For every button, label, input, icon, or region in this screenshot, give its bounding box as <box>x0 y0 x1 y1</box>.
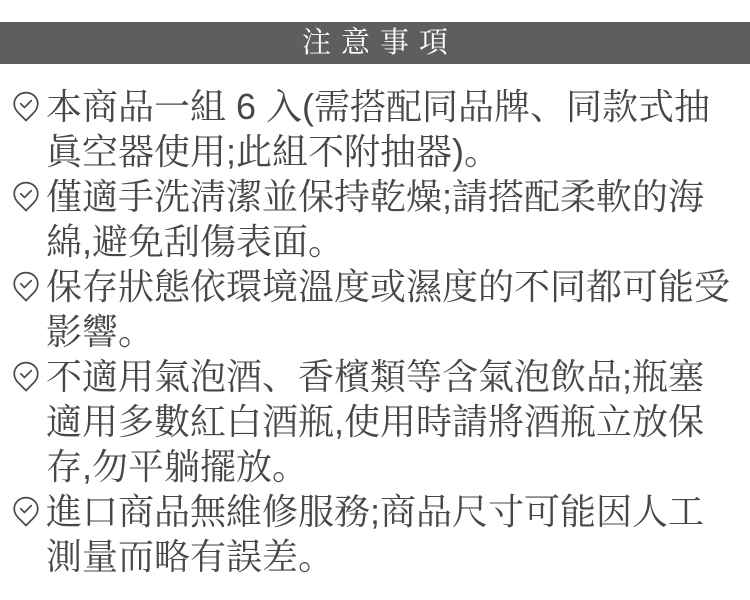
notice-text: 本商品一組 6 入(需搭配同品牌、同款式抽眞空器使用;此組不附抽器)。 <box>46 84 738 174</box>
pin-check-icon <box>12 91 46 123</box>
notice-list: 本商品一組 6 入(需搭配同品牌、同款式抽眞空器使用;此組不附抽器)。 僅適手洗… <box>0 64 750 579</box>
notice-text: 不適用氣泡酒、香檳類等含氣泡飲品;瓶塞適用多數紅白酒瓶,使用時請將酒瓶立放保存,… <box>46 354 738 489</box>
pin-check-icon <box>12 361 46 393</box>
notice-item: 進口商品無維修服務;商品尺寸可能因人工測量而略有誤差。 <box>12 489 738 579</box>
page-title: 注意事項 <box>292 29 458 58</box>
notice-text: 保存狀態依環境溫度或濕度的不同都可能受影響。 <box>46 264 738 354</box>
notice-header-bar: 注意事項 <box>0 22 750 64</box>
notice-item: 僅適手洗淸潔並保持乾燥;請搭配柔軟的海綿,避免刮傷表面。 <box>12 174 738 264</box>
notice-item: 不適用氣泡酒、香檳類等含氣泡飲品;瓶塞適用多數紅白酒瓶,使用時請將酒瓶立放保存,… <box>12 354 738 489</box>
notice-text: 僅適手洗淸潔並保持乾燥;請搭配柔軟的海綿,避免刮傷表面。 <box>46 174 738 264</box>
pin-check-icon <box>12 271 46 303</box>
pin-check-icon <box>12 496 46 528</box>
notice-text: 進口商品無維修服務;商品尺寸可能因人工測量而略有誤差。 <box>46 489 738 579</box>
notice-item: 本商品一組 6 入(需搭配同品牌、同款式抽眞空器使用;此組不附抽器)。 <box>12 84 738 174</box>
notice-item: 保存狀態依環境溫度或濕度的不同都可能受影響。 <box>12 264 738 354</box>
pin-check-icon <box>12 181 46 213</box>
